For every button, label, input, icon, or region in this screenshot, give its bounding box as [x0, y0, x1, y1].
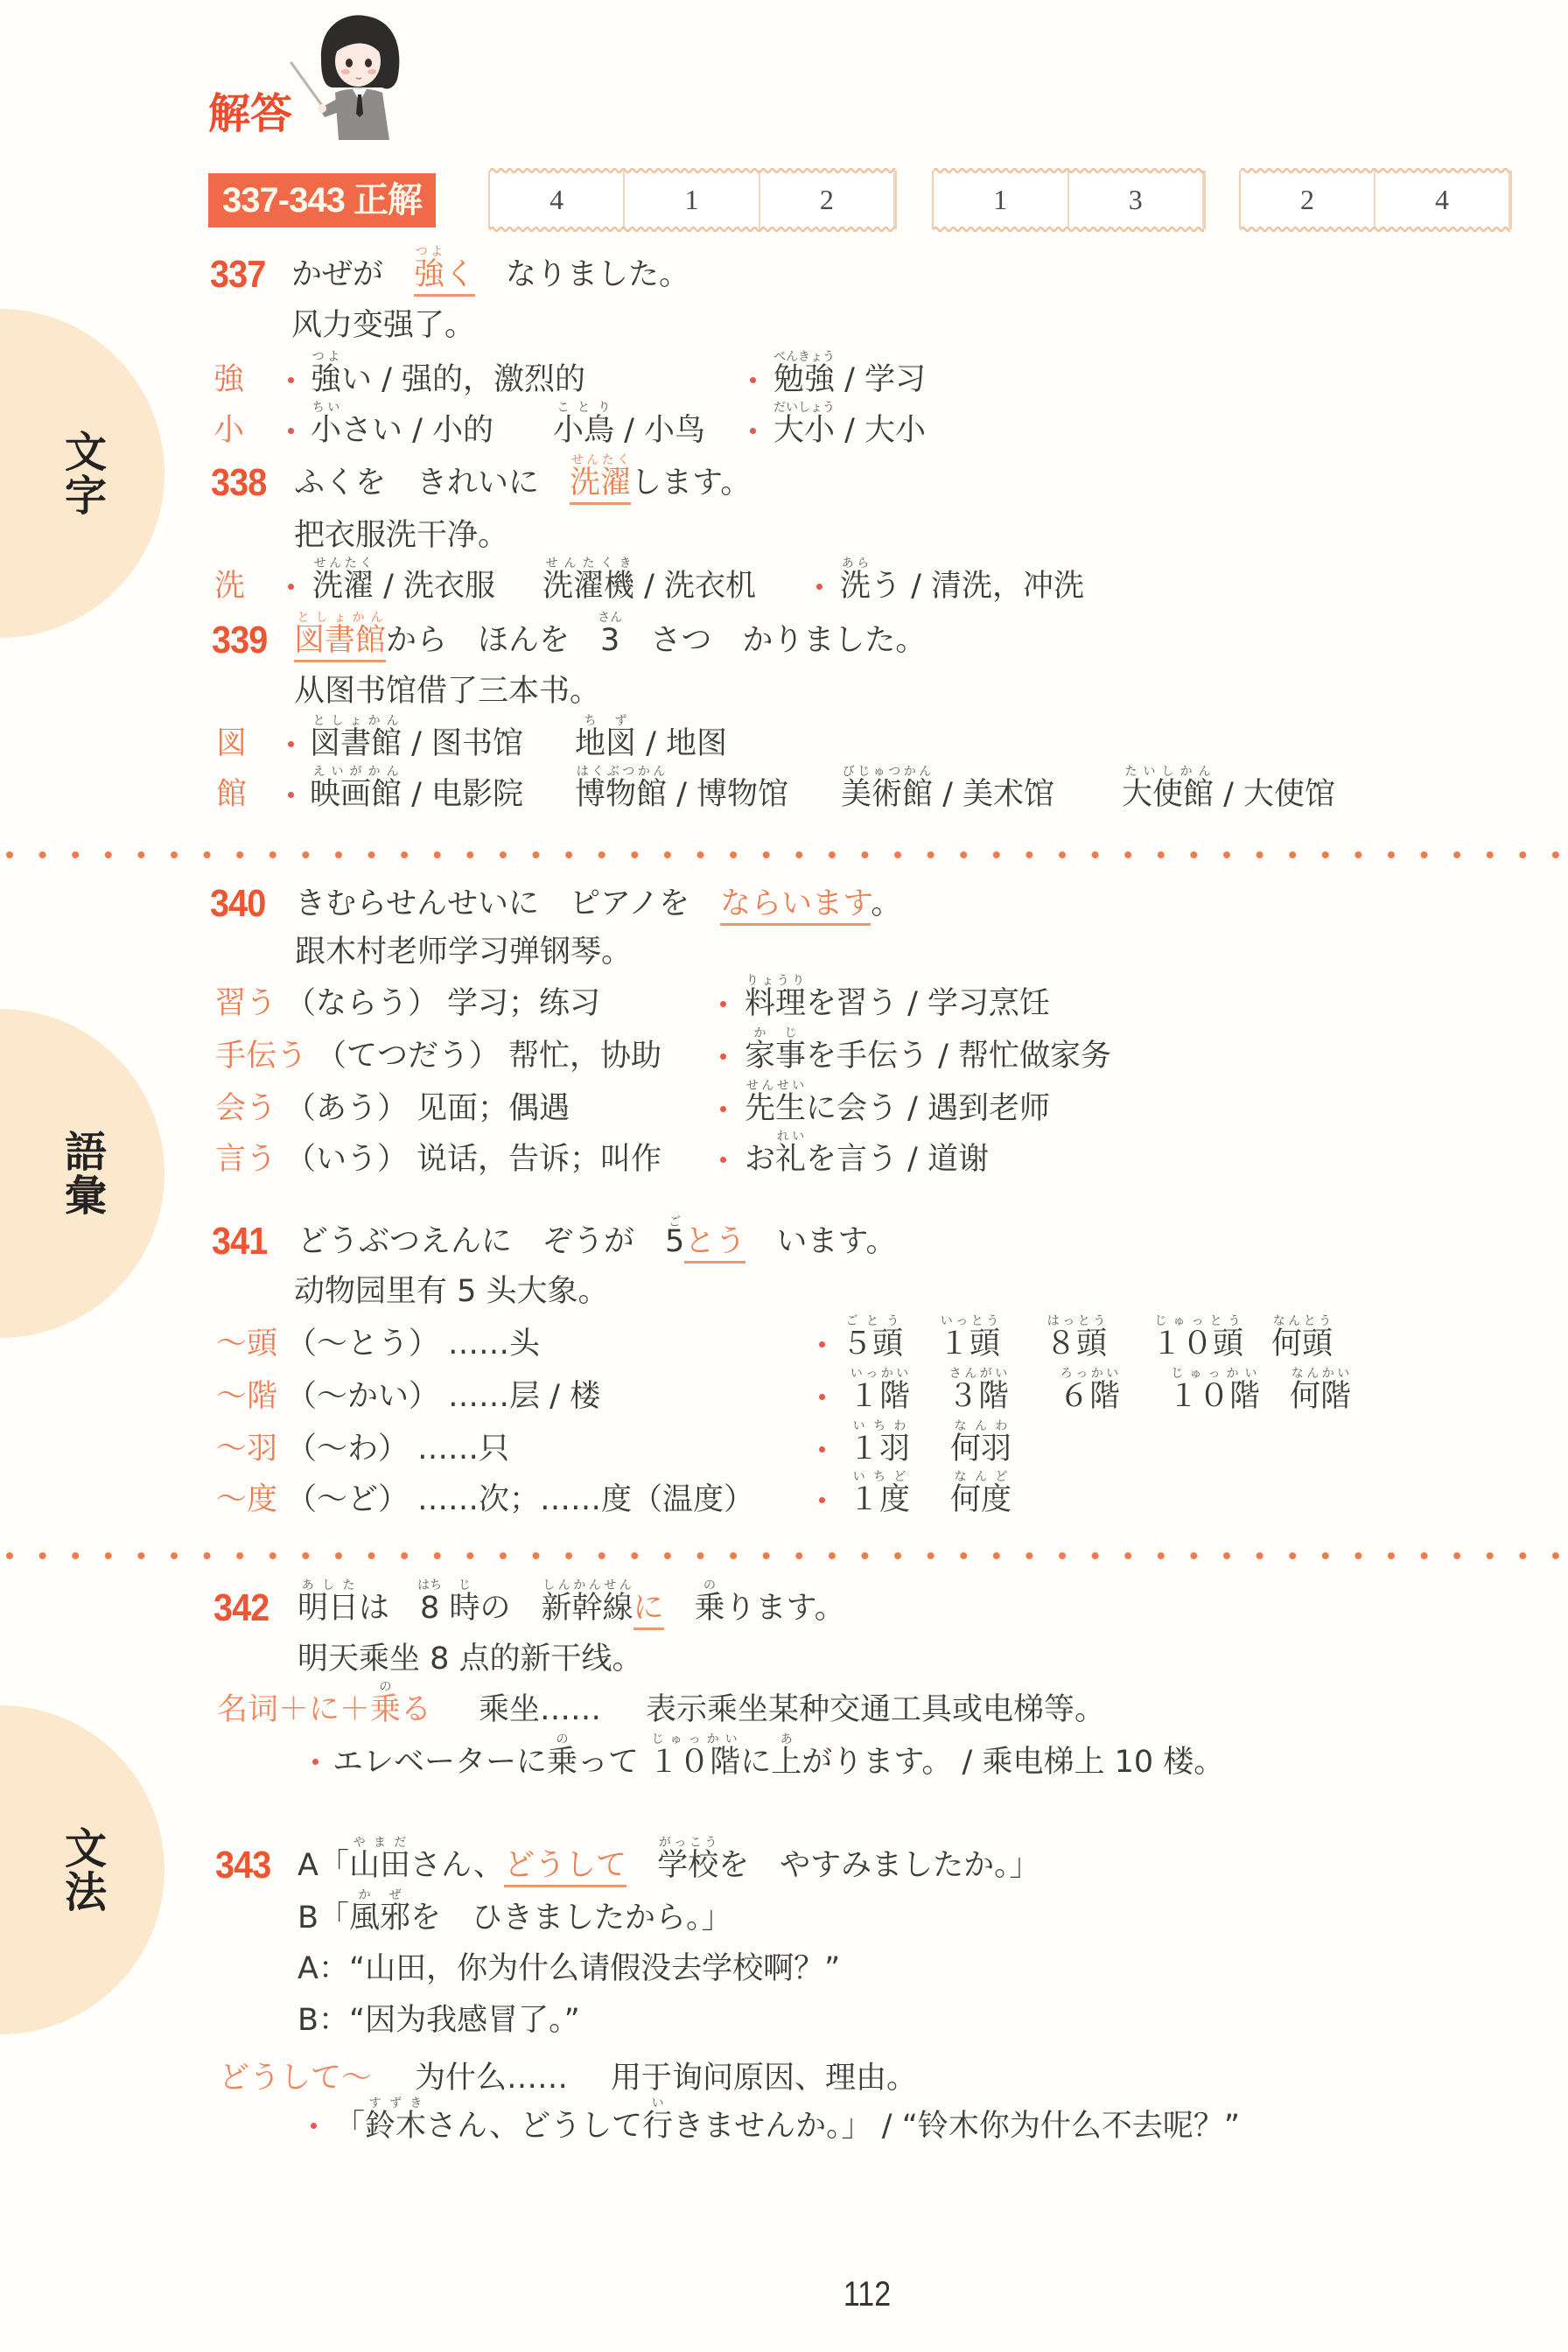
- ruby-word: 洗濯せんたく: [570, 465, 631, 500]
- furigana: なんとう: [1271, 1314, 1333, 1328]
- wavy-border-top: [934, 168, 1204, 173]
- ruby-word: 博物館はくぶつかん: [575, 777, 667, 812]
- furigana: なんかい: [1290, 1367, 1351, 1381]
- ruby-word: 5ご: [665, 1224, 684, 1259]
- text-segment: く: [444, 257, 475, 292]
- furigana: いっかい: [849, 1367, 910, 1381]
- answer-cell: 3: [1069, 171, 1205, 229]
- counter-word: ～度: [216, 1482, 277, 1517]
- text-segment: を やすみましたか。」: [718, 1848, 1040, 1883]
- bullet-icon: [750, 428, 756, 434]
- text-segment: / 学习: [835, 362, 926, 397]
- counter-meaning: ……层 / 楼: [448, 1379, 600, 1414]
- furigana: あした: [297, 1578, 359, 1592]
- furigana: りょうり: [745, 974, 806, 988]
- furigana: じゅっとう: [1151, 1314, 1243, 1328]
- furigana: ことり: [553, 401, 614, 415]
- text-segment: / 图书馆: [402, 726, 523, 761]
- text-segment: [626, 1848, 657, 1883]
- furigana: はち: [417, 1578, 442, 1592]
- text-segment: がります。 / 乘电梯上 10 楼。: [801, 1745, 1224, 1780]
- bullet-icon: [819, 1446, 825, 1452]
- ruby-word: 明日あした: [297, 1591, 359, 1626]
- furigana: の: [547, 1732, 577, 1746]
- ruby-word: ５頭ごとう: [842, 1326, 903, 1361]
- ruby-word: 乗の: [547, 1745, 577, 1780]
- vocab-reading: （てつだう）: [316, 1039, 500, 1074]
- bullet-icon: [816, 584, 822, 590]
- bullet-icon: [288, 377, 294, 383]
- furigana: だいしょう: [773, 401, 835, 415]
- vocab-word: 習う: [215, 986, 276, 1021]
- vocab-meaning: 说话，告诉；叫作: [416, 1142, 661, 1177]
- side-tab-goi: 語彙: [0, 1009, 164, 1338]
- furigana: なんわ: [950, 1419, 1011, 1433]
- wavy-border-bottom: [1241, 227, 1510, 232]
- answer-cell: 1: [934, 171, 1069, 229]
- answer-group-3: 2 4: [1239, 171, 1512, 229]
- text-segment: / 洗衣服: [374, 569, 495, 604]
- text-segment: A「: [297, 1848, 349, 1883]
- vocab-meaning: 帮忙，协助: [508, 1039, 661, 1074]
- furigana: いちわ: [849, 1419, 910, 1433]
- ruby-word: １頭いっとう: [939, 1326, 1000, 1361]
- furigana: さんがい: [948, 1367, 1009, 1381]
- ruby-word: 新幹線しんかんせん: [541, 1591, 633, 1626]
- text-segment: は: [359, 1591, 420, 1626]
- text-segment: に: [633, 1591, 664, 1626]
- text-segment: [439, 1591, 449, 1626]
- ruby-word: 強つよ: [311, 362, 341, 397]
- furigana: としょかん: [294, 611, 386, 625]
- ruby-word: 鈴木すずき: [365, 2109, 426, 2144]
- bullet-icon: [720, 1106, 726, 1112]
- answer-cell: 2: [1241, 171, 1375, 229]
- furigana: しんかんせん: [541, 1578, 633, 1592]
- text-segment: お: [745, 1142, 775, 1177]
- furigana: せんたくき: [542, 556, 634, 570]
- furigana: じゅっかい: [1168, 1367, 1260, 1381]
- vocab-word: 会う: [215, 1091, 276, 1126]
- furigana: なんど: [950, 1470, 1011, 1484]
- text-segment: さん、: [410, 1848, 504, 1883]
- counter-meaning: ……次；……度（温度）: [417, 1482, 754, 1517]
- text-segment: / 大使馆: [1214, 777, 1335, 812]
- counter-row: ～度（～ど）……次；……度（温度）: [216, 1463, 754, 1536]
- furigana: あら: [840, 556, 871, 570]
- ruby-word: 小鳥ことり: [553, 413, 614, 448]
- wavy-border-bottom: [934, 227, 1204, 232]
- ruby-word: 乗の: [370, 1692, 401, 1727]
- text-segment: とう: [684, 1224, 745, 1259]
- ruby-word: 料理りょうり: [745, 986, 806, 1021]
- furigana: の: [370, 1680, 401, 1694]
- question-number: 343: [215, 1829, 270, 1902]
- text-segment: 名词＋に＋: [217, 1692, 370, 1727]
- kanji-example: 大小だいしょう / 大小: [773, 394, 926, 467]
- bullet-icon: [312, 1759, 318, 1765]
- ruby-word: 山田やまだ: [349, 1848, 410, 1883]
- ruby-word: 先生せんせい: [745, 1091, 806, 1126]
- bullet-icon: [819, 1497, 825, 1503]
- furigana: ごとう: [842, 1314, 903, 1328]
- furigana: いっとう: [939, 1314, 1000, 1328]
- ruby-word: 何頭なんとう: [1271, 1326, 1333, 1361]
- ruby-word: 家事かじ: [745, 1039, 806, 1074]
- ruby-word: 乗の: [695, 1591, 725, 1626]
- furigana: さん: [598, 611, 622, 625]
- ruby-word: 8はち: [420, 1591, 439, 1626]
- counter-word: ～階: [216, 1379, 277, 1414]
- answer-group-1: 4 1 2: [488, 171, 897, 229]
- ruby-word: 風邪かぜ: [349, 1900, 410, 1935]
- text-segment: い / 强的，激烈的: [341, 362, 585, 397]
- kanji-example: 映画館えいがかん / 电影院: [310, 758, 523, 831]
- furigana: れい: [775, 1130, 806, 1144]
- text-segment: きませんか。」 / “铃木你为什么不去呢？”: [673, 2109, 1240, 2144]
- section-divider: [5, 850, 1568, 859]
- ruby-word: 洗濯せんたく: [312, 569, 374, 604]
- text-segment: どうぶつえんに ぞうが: [297, 1224, 665, 1259]
- text-segment: 。: [871, 886, 901, 921]
- teacher-illustration-icon: [284, 7, 416, 147]
- text-segment: / 地图: [636, 726, 727, 761]
- furigana: つよ: [311, 350, 341, 364]
- bullet-icon: [288, 792, 294, 798]
- wavy-border-top: [490, 168, 895, 173]
- answer-highlight: 洗濯せんたく: [570, 465, 631, 505]
- ruby-word: 図書館としょかん: [294, 623, 386, 658]
- ruby-word: 何階なんかい: [1290, 1379, 1351, 1414]
- grammar-example: 「鈴木すずきさん、どうして行いきませんか。」 / “铃木你为什么不去呢？”: [334, 2089, 1240, 2163]
- kanji-example: 博物館はくぶつかん / 博物馆: [575, 758, 788, 831]
- counter-meaning: ……头: [448, 1326, 540, 1361]
- furigana: はくぶつかん: [575, 765, 667, 779]
- vocab-example: お礼れいを言う / 道谢: [745, 1123, 989, 1196]
- counter-meaning: ……只: [417, 1431, 509, 1466]
- furigana: すずき: [365, 2096, 426, 2110]
- furigana: せんたく: [570, 453, 631, 467]
- counter-reading: （～ど）: [286, 1482, 409, 1517]
- ruby-word: 大使館たいしかん: [1122, 777, 1214, 812]
- wavy-border-bottom: [490, 227, 895, 232]
- text-segment: / 博物馆: [667, 777, 788, 812]
- question-number: 337: [210, 238, 265, 311]
- counter-example: １０階じゅっかい: [1168, 1360, 1260, 1433]
- furigana: じゅっかい: [648, 1732, 740, 1746]
- furigana: としょかん: [310, 714, 402, 728]
- bullet-icon: [311, 2123, 317, 2129]
- bullet-icon: [288, 741, 294, 747]
- text-segment: 「: [334, 2109, 365, 2144]
- vocab-word: 言う: [215, 1142, 276, 1177]
- text-segment: を習う / 学习烹饪: [806, 986, 1050, 1021]
- counter-reading: （～かい）: [286, 1379, 439, 1414]
- text-segment: から ほんを: [386, 623, 600, 658]
- bullet-icon: [288, 428, 294, 434]
- kanji-example: 大使館たいしかん / 大使馆: [1122, 758, 1335, 831]
- text-segment: かぜが: [291, 257, 414, 292]
- ruby-word: ８頭はっとう: [1046, 1326, 1107, 1361]
- text-segment: / 电影院: [402, 777, 523, 812]
- ruby-word: １０階じゅっかい: [648, 1745, 740, 1780]
- answer-range-label: 337-343 正解: [208, 173, 436, 227]
- ruby-word: 何度なんど: [950, 1482, 1011, 1517]
- furigana: ご: [665, 1215, 684, 1229]
- text-segment: を ひきましたから。」: [410, 1900, 732, 1935]
- furigana: い: [642, 2096, 673, 2110]
- ruby-word: 大小だいしょう: [773, 413, 835, 448]
- ruby-word: １度いちど: [849, 1482, 910, 1517]
- counter-reading: （～わ）: [286, 1431, 409, 1466]
- text-segment: ります。: [725, 1591, 845, 1626]
- ruby-word: 礼れい: [775, 1142, 806, 1177]
- furigana: べんきょう: [773, 350, 835, 364]
- question-number: 340: [210, 867, 265, 941]
- text-segment: に: [740, 1745, 771, 1780]
- ruby-word: 時じ: [449, 1591, 479, 1626]
- furigana: つよ: [414, 245, 444, 259]
- ruby-word: 小ちい: [311, 413, 341, 448]
- bullet-icon: [288, 584, 294, 590]
- text-segment: どうして: [504, 1848, 626, 1883]
- furigana: せんたく: [312, 556, 374, 570]
- text-segment: を言う / 道谢: [806, 1142, 989, 1177]
- counter-example: １度いちど: [849, 1463, 910, 1536]
- furigana: がっこう: [657, 1836, 718, 1850]
- text-segment: / 美术馆: [933, 777, 1054, 812]
- section-divider: [5, 1551, 1568, 1560]
- side-tab-bunpo: 文法: [0, 1705, 164, 2034]
- counter-example: 何度なんど: [950, 1463, 1011, 1536]
- kanji-example: 美術館びじゅつかん / 美术馆: [841, 758, 1054, 831]
- text-segment: に会う / 遇到老师: [806, 1091, 1050, 1126]
- ruby-word: 洗濯機せんたくき: [542, 569, 634, 604]
- text-segment: [664, 1591, 695, 1626]
- vocab-meaning: 学习；练习: [447, 986, 600, 1021]
- answer-highlight: ならいます: [720, 886, 871, 926]
- vocab-meaning: 见面；偶遇: [416, 1091, 570, 1126]
- text-segment: なりました。: [475, 257, 689, 292]
- text-segment: ならいます: [720, 886, 871, 921]
- ruby-word: 学校がっこう: [657, 1848, 718, 1883]
- bullet-icon: [819, 1341, 825, 1347]
- question-number: 341: [212, 1205, 267, 1278]
- answer-highlight: とう: [684, 1224, 745, 1263]
- wavy-border-top: [1241, 168, 1510, 173]
- answer-cell: 4: [1375, 171, 1510, 229]
- furigana: えいがかん: [310, 765, 402, 779]
- bullet-icon: [720, 1053, 726, 1060]
- furigana: ちい: [311, 401, 341, 415]
- page-number: 112: [822, 2257, 912, 2331]
- text-segment: さん、どうして: [426, 2109, 642, 2144]
- counter-example: 何階なんかい: [1290, 1360, 1351, 1433]
- counter-word: ～羽: [216, 1431, 277, 1466]
- counter-example: ６階ろっかい: [1059, 1360, 1120, 1433]
- ruby-word: ６階ろっかい: [1059, 1379, 1120, 1414]
- vocab-reading: （あう）: [285, 1091, 408, 1126]
- furigana: やまだ: [349, 1836, 410, 1850]
- ruby-word: 3さん: [600, 623, 619, 658]
- text-segment: の: [479, 1591, 541, 1626]
- furigana: の: [695, 1578, 725, 1592]
- ruby-word: 洗あら: [840, 569, 871, 604]
- furigana: ろっかい: [1059, 1367, 1120, 1381]
- ruby-word: 地図ちず: [575, 726, 636, 761]
- text-segment: って: [577, 1745, 648, 1780]
- vocab-row: 言う（いう）说话，告诉；叫作: [215, 1123, 661, 1196]
- question-number: 339: [212, 604, 267, 677]
- furigana: いちど: [849, 1470, 910, 1484]
- ruby-word: ３階さんがい: [948, 1379, 1009, 1414]
- side-tab-label: 文字: [52, 430, 113, 517]
- bullet-icon: [720, 1157, 726, 1163]
- ruby-word: 勉強べんきょう: [773, 362, 835, 397]
- furigana: ちず: [575, 714, 636, 728]
- text-segment: を手伝う / 帮忙做家务: [806, 1039, 1111, 1074]
- ruby-word: 何羽なんわ: [950, 1431, 1011, 1466]
- furigana: はっとう: [1046, 1314, 1107, 1328]
- text-segment: エレベーターに: [332, 1745, 547, 1780]
- question-number: 342: [213, 1571, 269, 1645]
- answer-cell: 2: [760, 171, 895, 229]
- grammar-example: エレベーターに乗のって １０階じゅっかいに上あがります。 / 乘电梯上 10 楼…: [332, 1725, 1224, 1799]
- answer-cell: 1: [625, 171, 759, 229]
- ruby-word: １階いっかい: [849, 1379, 910, 1414]
- bullet-icon: [720, 1001, 726, 1007]
- side-tab-moji: 文字: [0, 309, 164, 638]
- vocab-word: 手伝う: [215, 1039, 307, 1074]
- text-segment: ふくを きれいに: [294, 465, 570, 500]
- furigana: じ: [449, 1578, 479, 1592]
- side-tab-label: 語彙: [52, 1130, 113, 1217]
- ruby-word: １０階じゅっかい: [1168, 1379, 1260, 1414]
- text-segment: います。: [745, 1224, 896, 1259]
- text-segment: る: [401, 1692, 431, 1727]
- furigana: せんせい: [745, 1079, 806, 1093]
- ruby-word: 行い: [642, 2109, 673, 2144]
- text-segment: さい / 小的: [341, 413, 493, 448]
- furigana: びじゅつかん: [841, 765, 933, 779]
- text-segment: / 洗衣机: [634, 569, 756, 604]
- ruby-word: 映画館えいがかん: [310, 777, 402, 812]
- counter-word: ～頭: [216, 1326, 277, 1361]
- text-segment: B「: [297, 1900, 349, 1935]
- furigana: かぜ: [349, 1888, 410, 1902]
- ruby-word: 美術館びじゅつかん: [841, 777, 933, 812]
- side-tab-label: 文法: [52, 1826, 113, 1914]
- vocab-reading: （ならう）: [285, 986, 438, 1021]
- bullet-icon: [819, 1394, 825, 1400]
- ruby-word: 図書館としょかん: [310, 726, 402, 761]
- ruby-word: 強つよ: [414, 257, 444, 292]
- question-number: 338: [211, 446, 266, 520]
- page-title: 解答: [208, 86, 292, 142]
- answer-cell: 4: [490, 171, 625, 229]
- bullet-icon: [750, 377, 756, 383]
- vocab-reading: （いう）: [285, 1142, 408, 1177]
- kanji-label: 館: [216, 758, 247, 831]
- text-segment: / 小鸟: [614, 413, 705, 448]
- text-segment: さつ かりました。: [619, 623, 926, 658]
- furigana: たいしかん: [1122, 765, 1214, 779]
- ruby-word: １０頭じゅっとう: [1151, 1326, 1243, 1361]
- ruby-word: １羽いちわ: [849, 1431, 910, 1466]
- text-segment: う / 清洗，冲洗: [871, 569, 1084, 604]
- text-segment: します。: [631, 465, 751, 500]
- furigana: かじ: [745, 1026, 806, 1040]
- counter-reading: （～とう）: [286, 1326, 439, 1361]
- furigana: あ: [771, 1732, 801, 1746]
- text-segment: / 大小: [835, 413, 926, 448]
- answer-group-2: 1 3: [932, 171, 1206, 229]
- ruby-word: 上あ: [771, 1745, 801, 1780]
